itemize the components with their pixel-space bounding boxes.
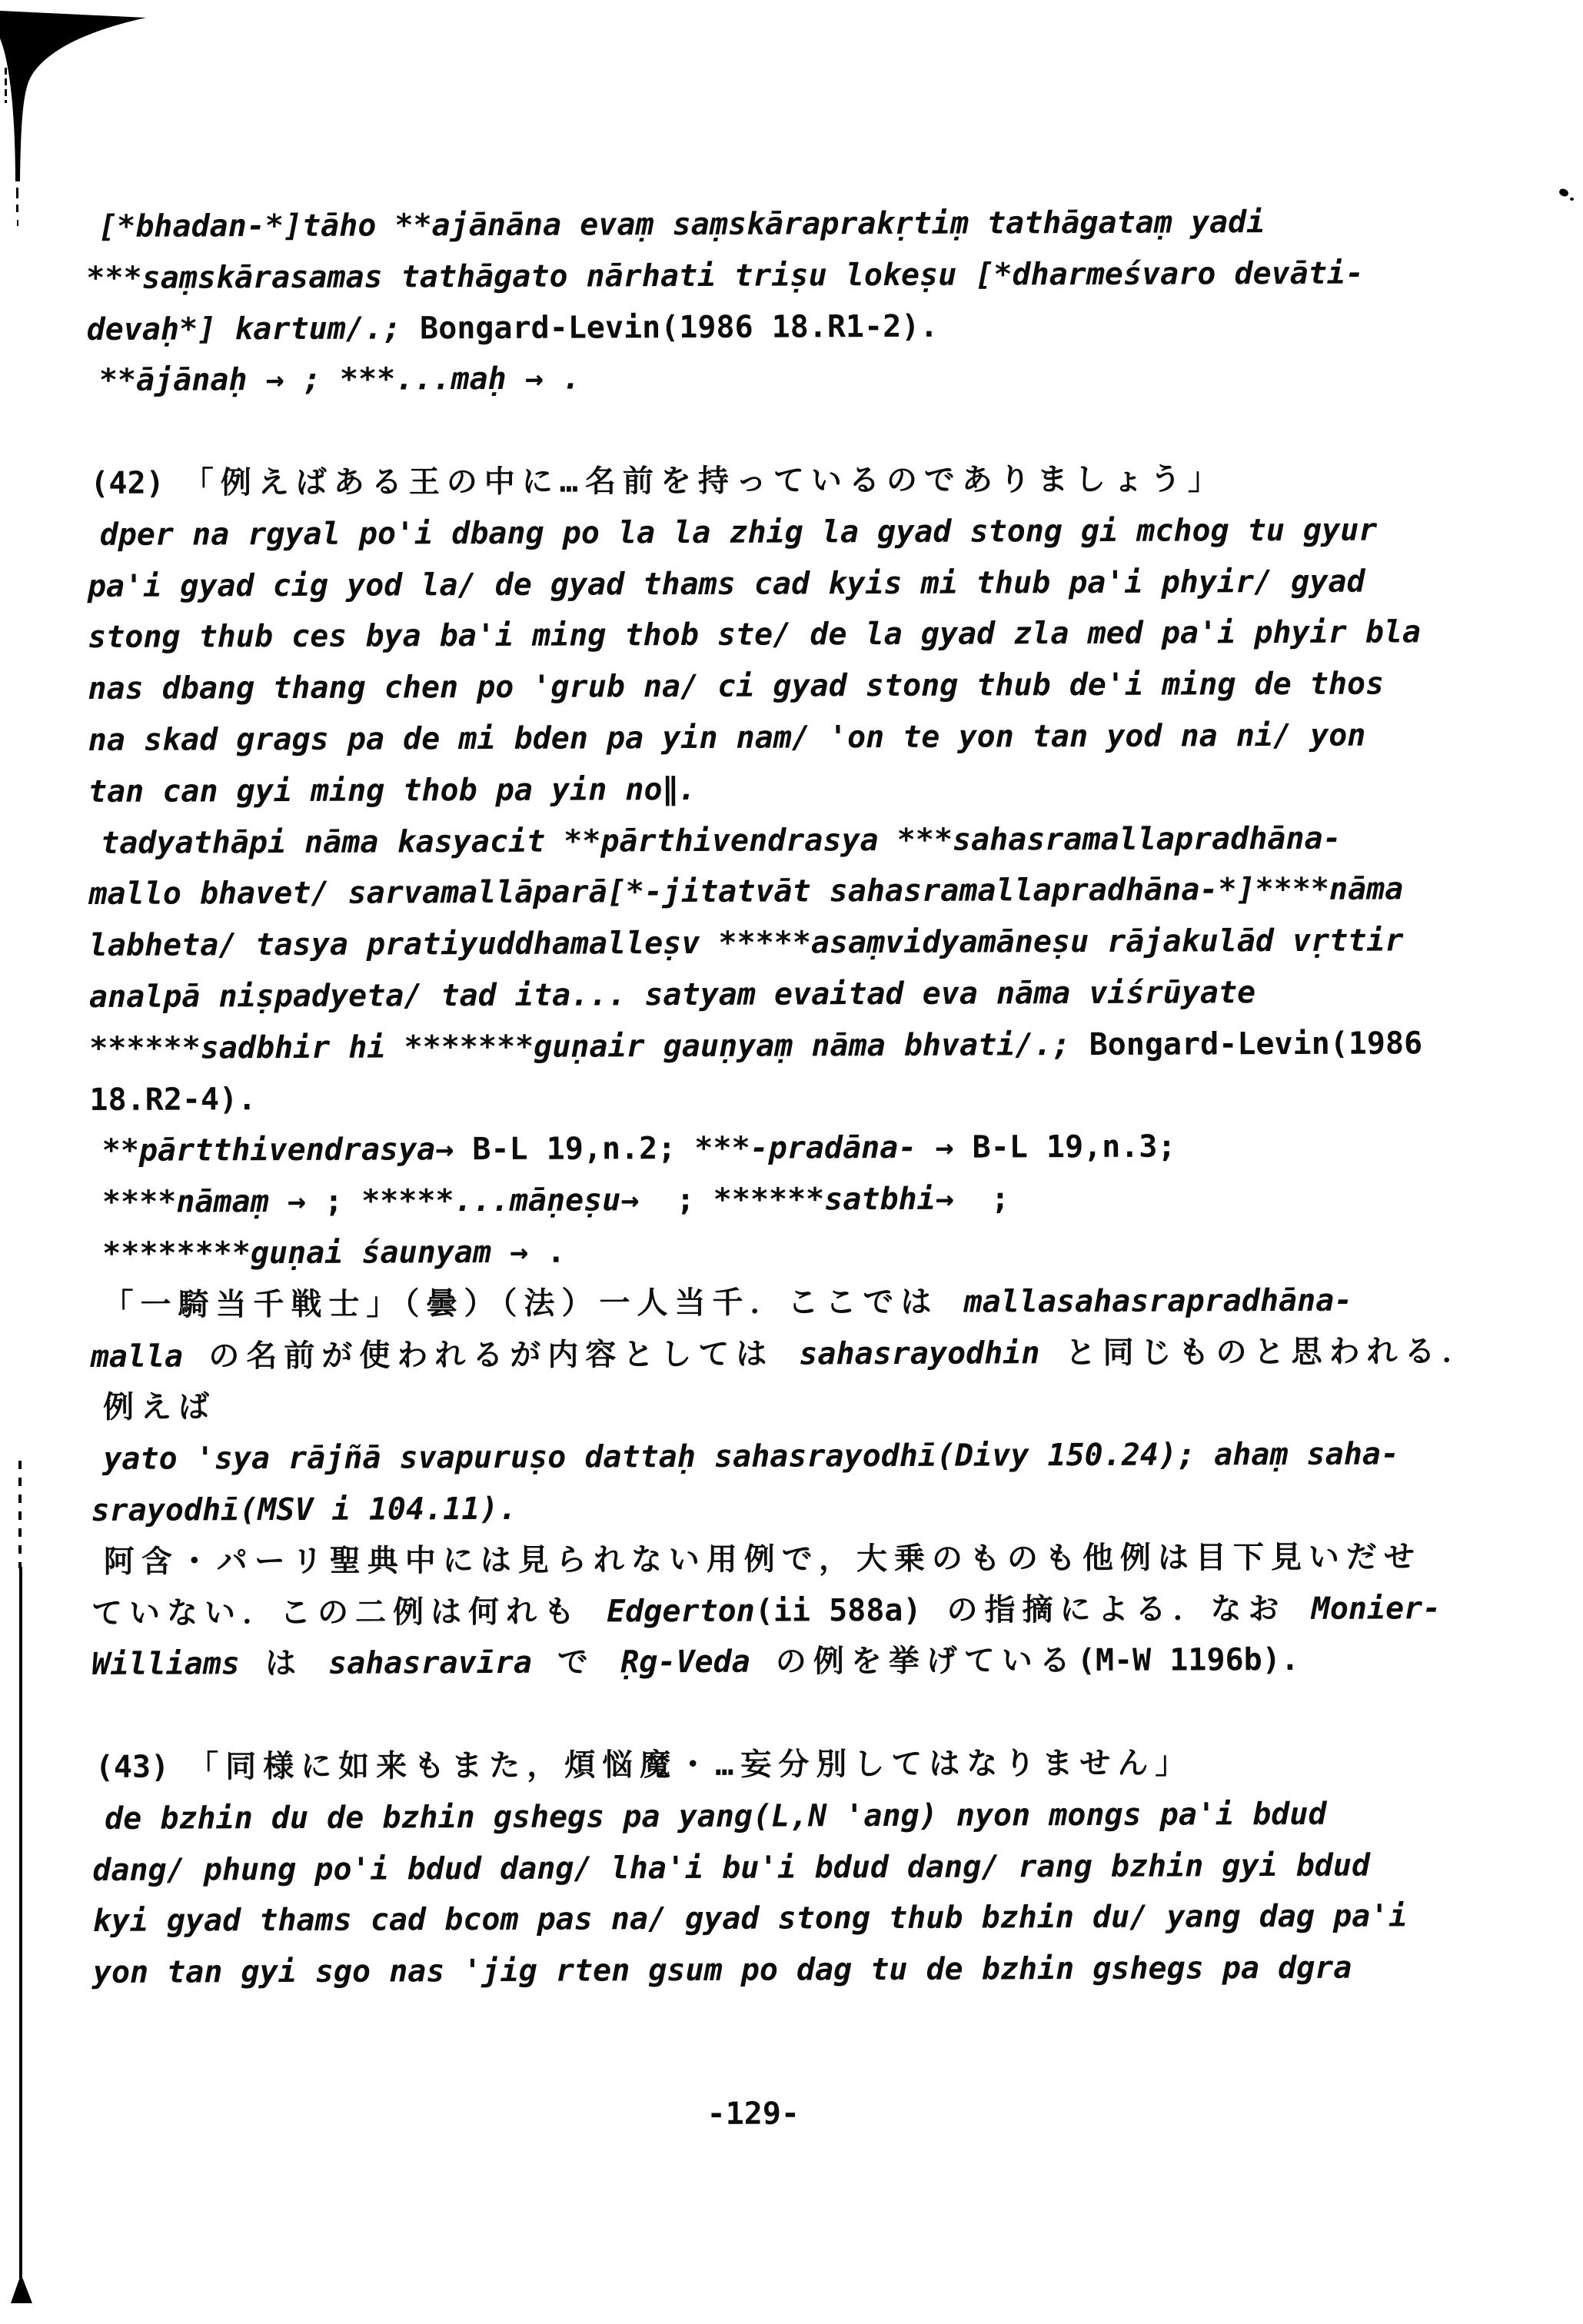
sanskrit-42-line: labheta/ tasya pratiyuddhamalleṣv *****a…: [89, 915, 1488, 972]
text-segment: nas dbang thang chen po 'grub na/ ci gya…: [88, 667, 1384, 707]
intro-citation-line: [*bhadan-*]tāho **ajānāna evaṃ saṃskārap…: [86, 196, 1485, 253]
text-segment: 阿含・パーリ聖典中には見られない用例で，大乗のものも他例は目下見いだせ: [104, 1539, 1422, 1580]
text-segment: (42): [90, 466, 183, 501]
sanskrit-42-line: 18.R2-4).: [89, 1069, 1488, 1126]
text-segment: analpā niṣpadyeta/ tad ita... satyam eva…: [89, 975, 1255, 1015]
ink-speck-artifact: [1570, 198, 1574, 201]
japanese-42-line: yato 'sya rājñā svapuruṣo dattaḥ sahasra…: [91, 1428, 1490, 1485]
text-segment: devaḥ*] kartum/.;: [87, 311, 421, 347]
text-segment: Edgerton: [607, 1593, 755, 1629]
text-segment: の指摘による．なお: [921, 1591, 1311, 1627]
sanskrit-42-line: tadyathāpi nāma kasyacit **pārthivendras…: [88, 813, 1488, 869]
text-segment: 「同様に如来もまた，煩悩魔・…妄分別してはなりません」: [188, 1745, 1192, 1784]
text-segment: tan can gyi ming thob pa yin no∥.: [88, 772, 697, 810]
text-segment: → .: [510, 1235, 565, 1270]
japanese-42-line: Williams は sahasravīra で Ṛg-Veda の例を挙げてい…: [91, 1634, 1491, 1691]
heading-43-line: (43) 「同様に如来もまた，煩悩魔・…妄分別してはなりません」: [92, 1737, 1492, 1794]
text-segment: (M-W 1196b).: [1077, 1642, 1299, 1678]
blank-line: [91, 1685, 1491, 1742]
japanese-42-line: malla の名前が使われるが内容としては sahasrayodhin と同じも…: [91, 1326, 1490, 1383]
left-margin-line-end-artifact: [11, 2279, 32, 2303]
text-segment: de bzhin du de bzhin gshegs pa yang(L,N …: [105, 1797, 1327, 1837]
text-segment: **ājānaḥ → ; ***...maḥ → .: [99, 361, 580, 398]
tibetan-42-line: dper na rgyal po'i dbang po la la zhig l…: [88, 504, 1487, 561]
text-segment: malla: [91, 1338, 184, 1374]
left-edge-mark-artifact: [5, 68, 7, 103]
text-segment: ********guṇai śaunyam: [102, 1235, 510, 1272]
heading-42-line: (42) 「例えばある王の中に…名前を持っているのでありましょう」: [87, 453, 1486, 510]
tibetan-43-line: dang/ phung po'i bdud dang/ lha'i bu'i b…: [92, 1839, 1492, 1896]
sanskrit-42-line: analpā niṣpadyeta/ tad ita... satyam eva…: [89, 966, 1488, 1023]
tibetan-42-line: nas dbang thang chen po 'grub na/ ci gya…: [88, 658, 1487, 715]
sanskrit-42-line: mallo bhavet/ sarvamallāparā[*-jitatvāt …: [88, 863, 1488, 920]
text-segment: 「一騎当千戦士」（曇）（法）一人当千．ここでは: [102, 1284, 963, 1322]
text-segment: Ṛg-Veda: [620, 1644, 750, 1681]
tibetan-43-line: yon tan gyi sgo nas 'jig rten gsum po da…: [93, 1942, 1492, 1999]
text-segment: labheta/ tasya pratiyuddhamalleṣv *****a…: [89, 923, 1404, 964]
tibetan-42-line: stong thub ces bya ba'i ming thob ste/ d…: [88, 607, 1487, 663]
text-segment: sahasrayodhin: [799, 1335, 1039, 1371]
text-segment: yon tan gyi sgo nas 'jig rten gsum po da…: [93, 1950, 1352, 1990]
text-segment: の例を挙げている: [750, 1643, 1077, 1680]
text-segment: Williams: [91, 1647, 240, 1683]
text-segment: → ;: [936, 1182, 1010, 1217]
text-segment: → ;: [620, 1182, 713, 1218]
left-margin-line-artifact: [19, 1567, 22, 2282]
intro-citation-line: ***saṃskārasamas tathāgato nārhati triṣu…: [86, 248, 1485, 304]
text-segment: ******sadbhir hi *******guṇair gauṇyaṃ n…: [89, 1027, 1089, 1066]
text-segment: → ;: [288, 1184, 362, 1219]
text-segment: *****...māṇeṣu: [361, 1182, 620, 1219]
text-segment: → B-L 19,n.2;: [435, 1131, 694, 1167]
text-segment: (43): [95, 1749, 188, 1784]
page-number: -129-: [707, 2088, 800, 2139]
text-segment: と同じものと思われる．: [1039, 1334, 1479, 1371]
tibetan-42-line: na skad grags pa de mi bden pa yin nam/ …: [88, 710, 1488, 766]
tibetan-43-line: kyi gyad thams cad bcom pas na/ gyad sto…: [92, 1890, 1492, 1947]
text-segment: (ii 588a): [755, 1592, 922, 1628]
text-segment: 「例えばある王の中に…名前を持っているのでありましょう」: [183, 461, 1225, 500]
document-text: -129- [*bhadan-*]tāho **ajānāna evaṃ saṃ…: [86, 196, 1492, 1999]
blank-line: [87, 401, 1486, 458]
japanese-42-line: ていない．この二例は何れも Edgerton(ii 588a) の指摘による．な…: [91, 1583, 1491, 1640]
japanese-42-line: srayodhī(MSV i 104.11).: [91, 1480, 1490, 1537]
text-segment: na skad grags pa de mi bden pa yin nam/ …: [88, 718, 1366, 758]
text-segment: mallasahasrapradhāna-: [964, 1282, 1353, 1319]
intro-citation-line: **ājānaḥ → ; ***...maḥ → .: [87, 350, 1486, 407]
tibetan-42-line: pa'i gyad cig yod la/ de gyad thams cad …: [88, 556, 1487, 613]
notes-42-line: ********guṇai śaunyam → .: [90, 1223, 1489, 1280]
text-segment: ***saṃskārasamas tathāgato nārhati triṣu…: [86, 255, 1364, 295]
text-segment: は: [240, 1646, 328, 1681]
japanese-42-line: 「一騎当千戦士」（曇）（法）一人当千．ここでは mallasahasraprad…: [90, 1275, 1489, 1332]
text-segment: 例えば: [103, 1390, 216, 1426]
scanned-document-page: -129- [*bhadan-*]tāho **ajānāna evaṃ saṃ…: [0, 0, 1583, 2324]
text-segment: stong thub ces bya ba'i ming thob ste/ d…: [88, 615, 1421, 656]
text-segment: [*bhadan-*]tāho **ajānāna evaṃ saṃskārap…: [98, 204, 1265, 244]
text-segment: ******satbhi: [713, 1182, 936, 1218]
text-segment: kyi gyad thams cad bcom pas na/ gyad sto…: [93, 1899, 1408, 1940]
text-segment: mallo bhavet/ sarvamallāparā[*-jitatvāt …: [88, 872, 1403, 913]
text-segment: sahasravīra: [328, 1645, 532, 1681]
text-segment: dper na rgyal po'i dbang po la la zhig l…: [100, 512, 1378, 552]
notes-42-line: ****nāmaṃ → ; *****...māṇeṣu→ ; ******sa…: [90, 1172, 1489, 1228]
sanskrit-42-line: ******sadbhir hi *******guṇair gauṇyaṃ n…: [89, 1018, 1488, 1075]
intro-citation-line: devaḥ*] kartum/.; Bongard-Levin(1986 18.…: [87, 299, 1486, 356]
text-segment: tadyathāpi nāma kasyacit **pārthivendras…: [101, 820, 1342, 860]
text-segment: ****nāmaṃ: [102, 1184, 288, 1220]
text-segment: dang/ phung po'i bdud dang/ lha'i bu'i b…: [92, 1847, 1370, 1887]
text-segment: Monier-: [1312, 1591, 1442, 1627]
text-segment: Bongard-Levin(1986 18.R1-2).: [420, 308, 938, 346]
text-segment: ていない．この二例は何れも: [91, 1594, 607, 1631]
text-segment: Bongard-Levin(1986: [1089, 1026, 1423, 1062]
text-segment: ***-pradāna-: [694, 1130, 935, 1166]
notes-42-line: **pārtthivendrasya→ B-L 19,n.2; ***-prad…: [90, 1120, 1489, 1177]
text-segment: srayodhī(MSV i 104.11).: [91, 1491, 517, 1528]
tibetan-42-line: tan can gyi ming thob pa yin no∥.: [88, 761, 1488, 818]
japanese-42-line: 阿含・パーリ聖典中には見られない用例で，大乗のものも他例は目下見いだせ: [91, 1531, 1491, 1588]
text-segment: 18.R2-4).: [89, 1082, 256, 1118]
ink-speck-artifact: [1558, 188, 1570, 198]
japanese-42-line: 例えば: [91, 1377, 1490, 1434]
text-segment: で: [532, 1645, 620, 1681]
text-segment: yato 'sya rājñā svapuruṣo dattaḥ sahasra…: [103, 1437, 1399, 1477]
tibetan-43-line: de bzhin du de bzhin gshegs pa yang(L,N …: [92, 1788, 1492, 1845]
text-segment: → B-L 19,n.3;: [935, 1129, 1176, 1165]
text-segment: **pārtthivendrasya: [102, 1132, 436, 1169]
left-margin-dashed-line-artifact: [18, 1461, 22, 1568]
text-segment: pa'i gyad cig yod la/ de gyad thams cad …: [88, 564, 1365, 603]
corner-fold-blot-artifact: [0, 0, 154, 231]
text-segment: の名前が使われるが内容としては: [183, 1336, 799, 1374]
